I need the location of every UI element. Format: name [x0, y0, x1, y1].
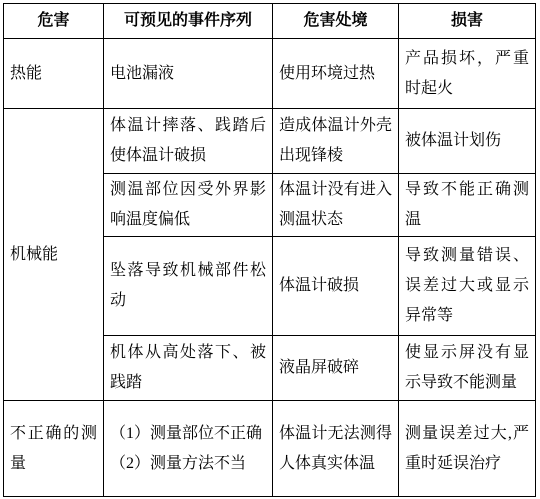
cell-event-sequence: 测温部位因受外界影响温度偏低	[104, 174, 273, 237]
table-row: 热能 电池漏液 使用环境过热 产品损坏，严重时起火	[4, 39, 536, 109]
cell-hazardous-situation: 液晶屏破碎	[273, 336, 399, 401]
cell-harm: 导致不能正确测温	[399, 174, 536, 237]
cell-hazard: 不正确的测量	[4, 401, 104, 497]
cell-event-sequence: 体温计摔落、践踏后使体温计破损	[104, 109, 273, 174]
table-row: 不正确的测量 （1）测量部位不正确 （2）测量方法不当 体温计无法测得人体真实体…	[4, 401, 536, 497]
col-header-hazardous-situation: 危害处境	[273, 4, 399, 39]
col-header-harm: 损害	[399, 4, 536, 39]
cell-harm: 被体温计划伤	[399, 109, 536, 174]
cell-hazardous-situation: 体温计无法测得人体真实体温	[273, 401, 399, 497]
col-header-event-sequence: 可预见的事件序列	[104, 4, 273, 39]
cell-hazardous-situation: 造成体温计外壳出现锋棱	[273, 109, 399, 174]
cell-hazard: 机械能	[4, 109, 104, 401]
risk-analysis-table: 危害 可预见的事件序列 危害处境 损害 热能 电池漏液 使用环境过热 产品损坏，…	[3, 3, 536, 497]
col-header-hazard: 危害	[4, 4, 104, 39]
cell-hazardous-situation: 体温计没有进入测温状态	[273, 174, 399, 237]
cell-event-sequence: （1）测量部位不正确 （2）测量方法不当	[104, 401, 273, 497]
cell-harm: 导致测量错误、误差过大或显示异常等	[399, 237, 536, 336]
cell-harm: 使显示屏没有显示导致不能测量	[399, 336, 536, 401]
cell-event-sequence: 电池漏液	[104, 39, 273, 109]
cell-hazardous-situation: 使用环境过热	[273, 39, 399, 109]
table-row: 机械能 体温计摔落、践踏后使体温计破损 造成体温计外壳出现锋棱 被体温计划伤	[4, 109, 536, 174]
cell-harm: 测量误差过大,严重时延误治疗	[399, 401, 536, 497]
cell-hazard: 热能	[4, 39, 104, 109]
cell-harm: 产品损坏，严重时起火	[399, 39, 536, 109]
cell-event-sequence: 机体从高处落下、被践踏	[104, 336, 273, 401]
cell-event-sequence: 坠落导致机械部件松动	[104, 237, 273, 336]
table-header-row: 危害 可预见的事件序列 危害处境 损害	[4, 4, 536, 39]
cell-hazardous-situation: 体温计破损	[273, 237, 399, 336]
